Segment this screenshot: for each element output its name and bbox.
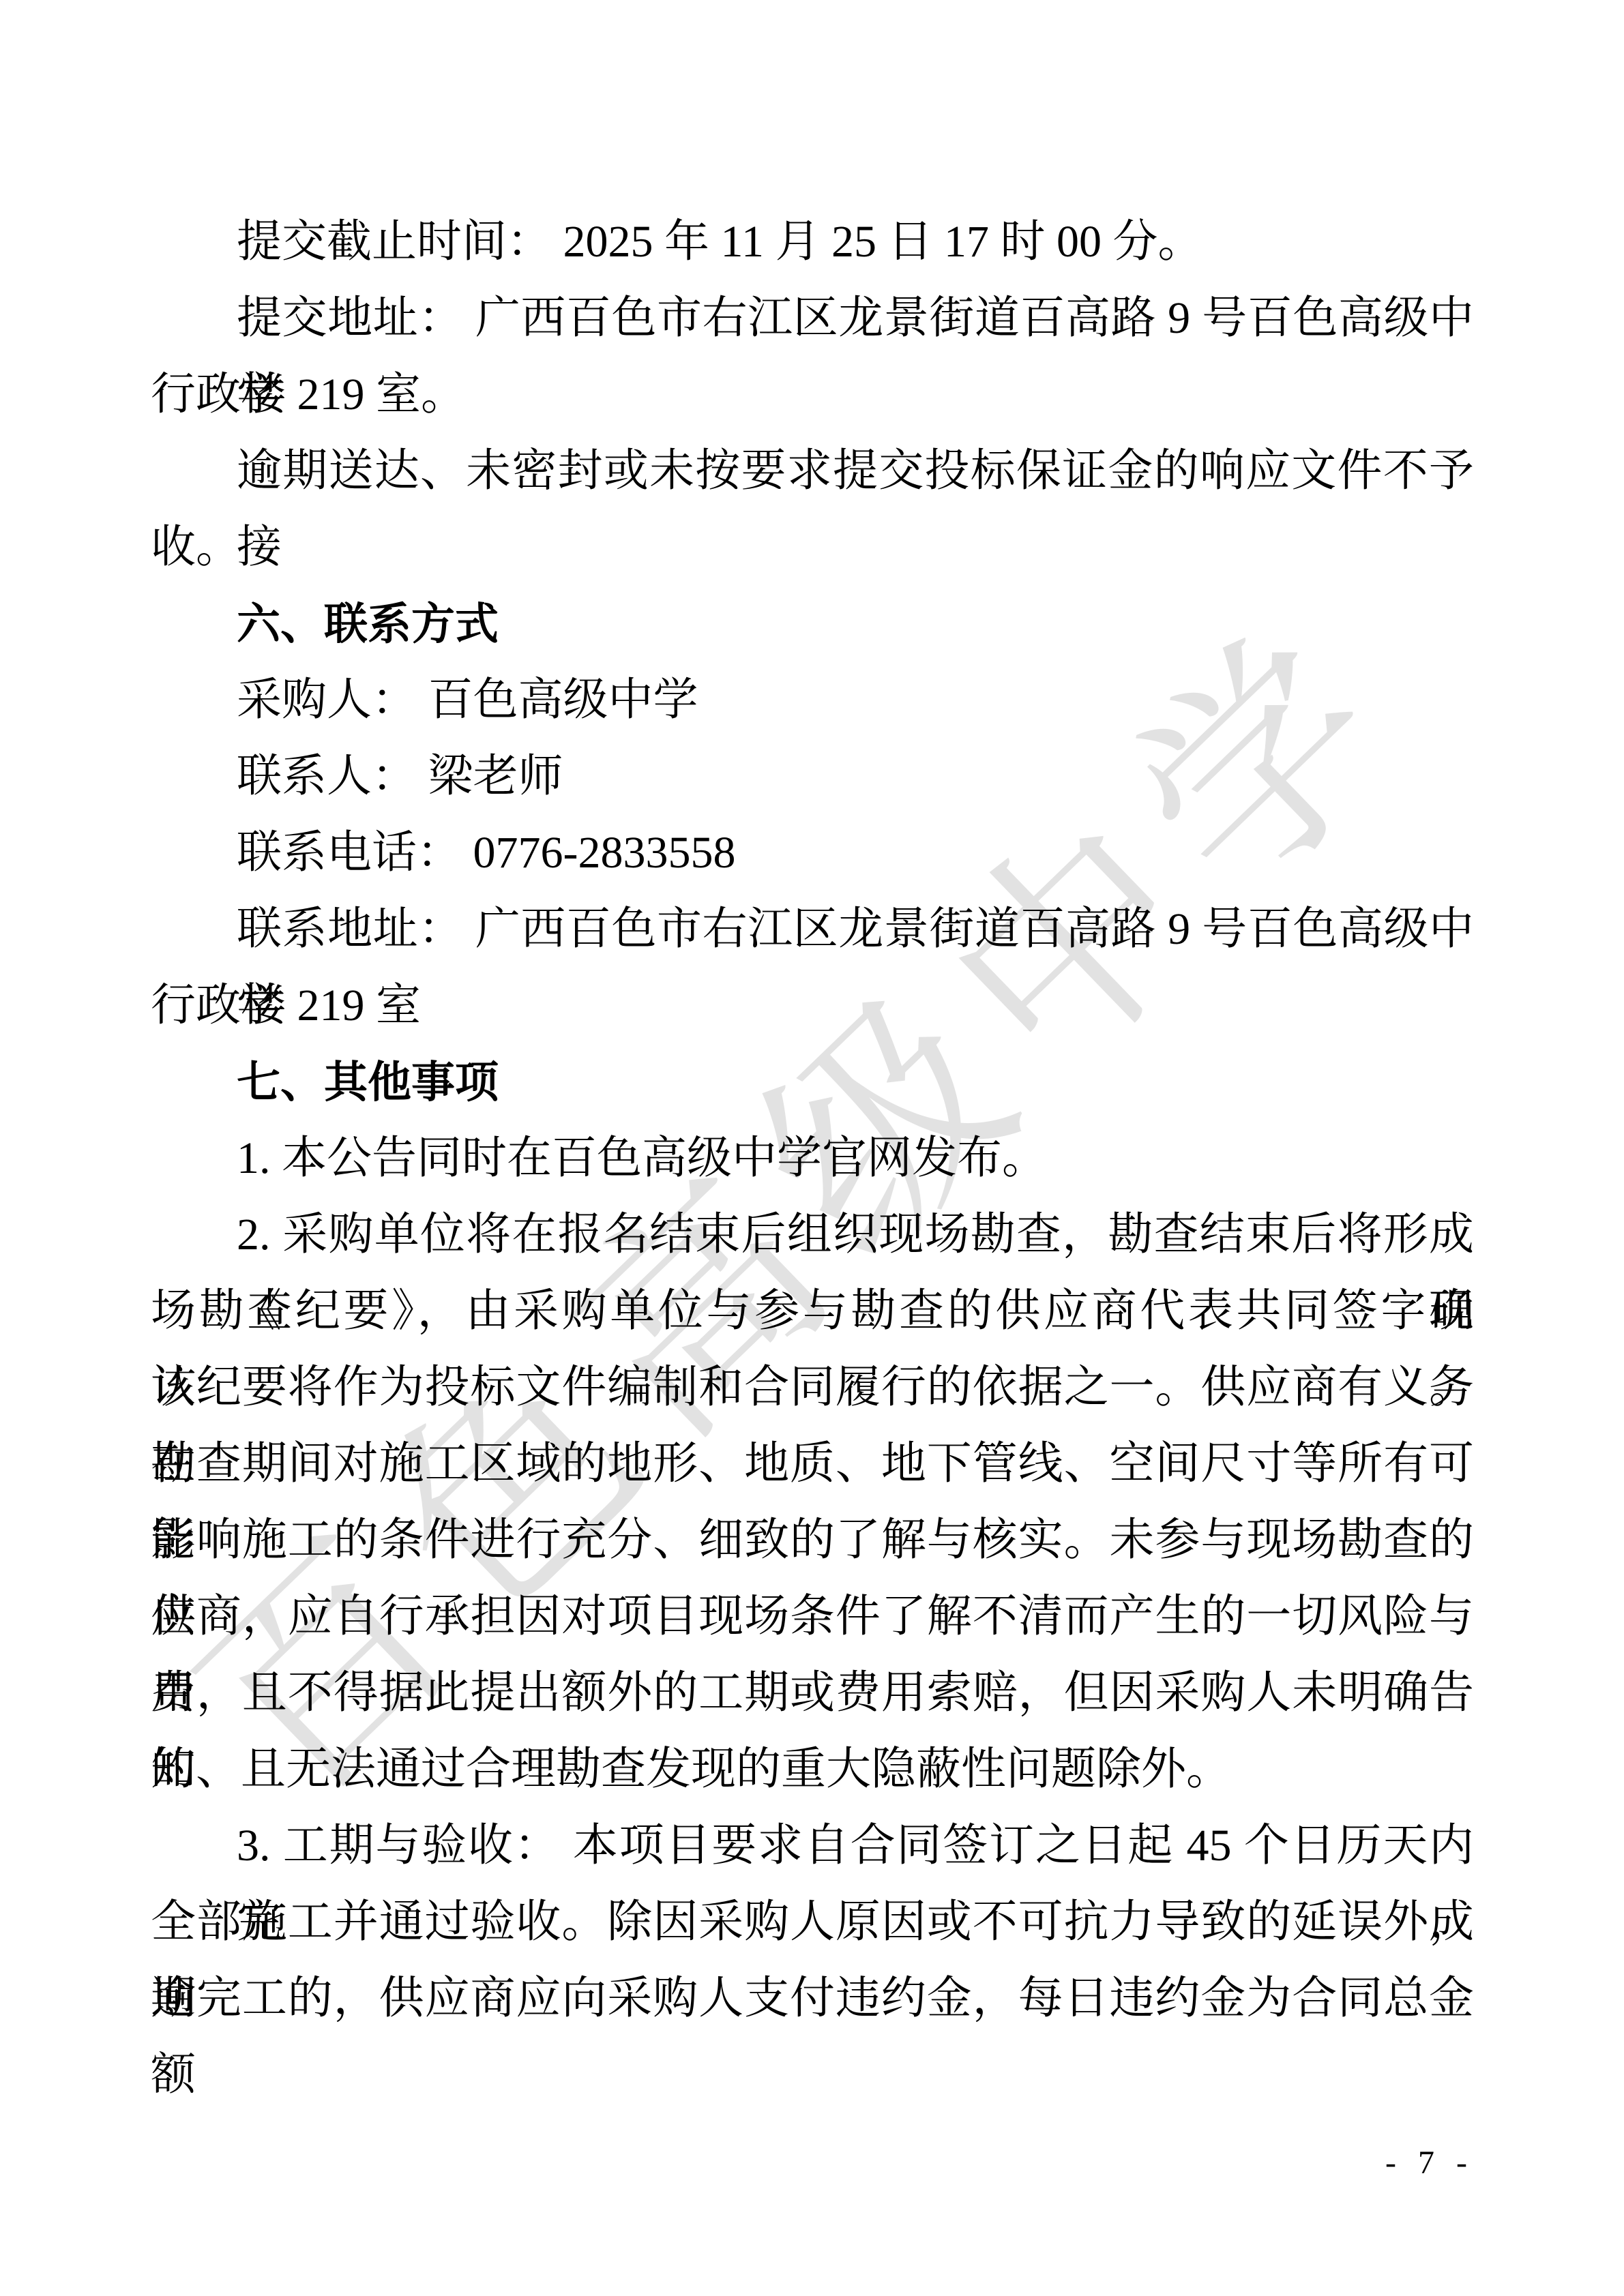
text-line: 该纪要将作为投标文件编制和合同履行的依据之一。供应商有义务在	[151, 1350, 1474, 1426]
text-line: 联系人： 梁老师	[151, 739, 1474, 815]
section-heading: 七、其他事项	[151, 1044, 1474, 1120]
text-line: 1. 本公告同时在百色高级中学官网发布。	[151, 1120, 1474, 1197]
text-line: 场勘查纪要》，由采购单位与参与勘查的供应商代表共同签字确认。	[151, 1273, 1474, 1350]
text-line: 3. 工期与验收： 本项目要求自合同签订之日起 45 个日历天内完成	[151, 1808, 1474, 1884]
section-heading: 六、联系方式	[151, 586, 1474, 662]
text-line: 收。	[151, 509, 1474, 586]
page-footer: - 7 -	[151, 2136, 1474, 2190]
text-line: 用，且不得据此提出额外的工期或费用索赔，但因采购人未明确告知	[151, 1655, 1474, 1731]
text-line: 采购人： 百色高级中学	[151, 662, 1474, 739]
text-line: 勘查期间对施工区域的地形、地质、地下管线、空间尺寸等所有可能	[151, 1426, 1474, 1502]
document-page: 百色高级中学 提交截止时间： 2025 年 11 月 25 日 17 时 00 …	[0, 0, 1624, 2296]
text-line: 提交地址： 广西百色市右江区龙景街道百高路 9 号百色高级中学	[151, 280, 1474, 357]
text-line: 全部施工并通过验收。除因采购人原因或不可抗力导致的延误外，逾	[151, 1884, 1474, 1960]
text-line: 应商，应自行承担因对项目现场条件了解不清而产生的一切风险与费	[151, 1579, 1474, 1655]
text-line: 行政楼 219 室。	[151, 357, 1474, 433]
text-line: 期完工的，供应商应向采购人支付违约金，每日违约金为合同总金额	[151, 1960, 1474, 2037]
document-body: 提交截止时间： 2025 年 11 月 25 日 17 时 00 分。提交地址：…	[151, 204, 1474, 2037]
text-line: 逾期送达、未密封或未按要求提交投标保证金的响应文件不予接	[151, 433, 1474, 509]
page-number: - 7 -	[1385, 2145, 1474, 2181]
text-line: 的、且无法通过合理勘查发现的重大隐蔽性问题除外。	[151, 1731, 1474, 1808]
text-line: 2. 采购单位将在报名结束后组织现场勘查，勘查结束后将形成《现	[151, 1197, 1474, 1273]
text-line: 联系电话： 0776-2833558	[151, 815, 1474, 891]
text-line: 行政楼 219 室	[151, 968, 1474, 1044]
text-line: 影响施工的条件进行充分、细致的了解与核实。未参与现场勘查的供	[151, 1502, 1474, 1579]
text-line: 提交截止时间： 2025 年 11 月 25 日 17 时 00 分。	[151, 204, 1474, 280]
text-line: 联系地址： 广西百色市右江区龙景街道百高路 9 号百色高级中学	[151, 891, 1474, 968]
